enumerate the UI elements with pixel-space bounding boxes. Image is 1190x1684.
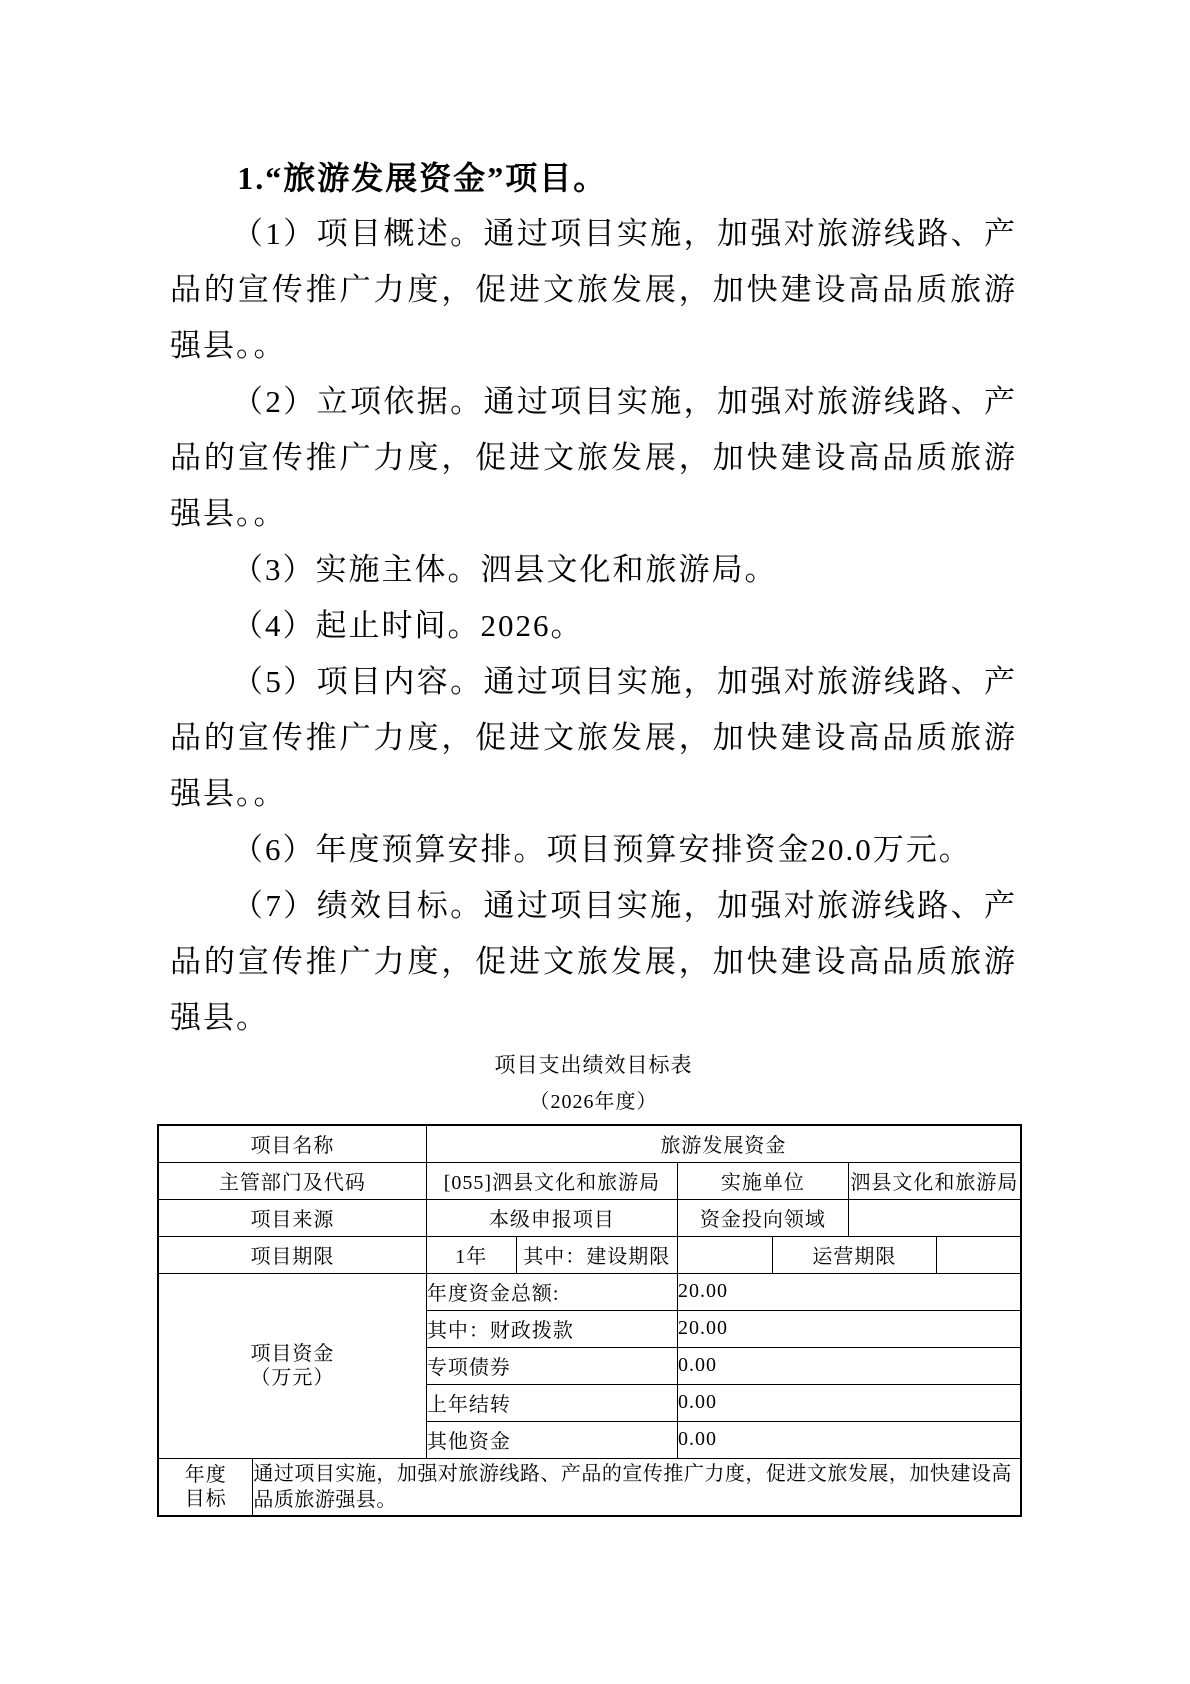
row-department: 主管部门及代码 [055]泗县文化和旅游局 实施单位 泗县文化和旅游局 [158,1162,1021,1199]
annual-goal-label-line2: 目标 [185,1488,227,1510]
document-content: 1.“旅游发展资金”项目。 （1）项目概述。通过项目实施，加强对旅游线路、产品的… [0,0,1190,1517]
section-heading: 1.“旅游发展资金”项目。 [170,150,1017,206]
row-project-period: 项目期限 1年 其中：建设期限 运营期限 [158,1236,1021,1273]
row-project-name: 项目名称 旅游发展资金 [158,1125,1021,1162]
fund-item-name: 其他资金 [426,1421,677,1458]
row-annual-goal: 年度 目标 通过项目实施，加强对旅游线路、产品的宣传推广力度，促进文旅发展，加快… [158,1458,1021,1516]
fund-item-value: 0.00 [678,1347,1022,1384]
impl-unit-value: 泗县文化和旅游局 [848,1162,1021,1199]
department-value: [055]泗县文化和旅游局 [426,1162,677,1199]
paragraph-implementing-body: （3）实施主体。泗县文化和旅游局。 [170,542,1017,598]
paragraph-project-overview: （1）项目概述。通过项目实施，加强对旅游线路、产品的宣传推广力度，促进文旅发展，… [170,206,1017,374]
annual-goal-value: 通过项目实施，加强对旅游线路、产品的宣传推广力度，促进文旅发展，加快建设高品质旅… [253,1458,1021,1516]
annual-goal-label-line1: 年度 [185,1464,227,1486]
fund-item-value: 0.00 [678,1421,1022,1458]
invest-field-label: 资金投向领域 [678,1199,849,1236]
fund-item-value: 20.00 [678,1310,1022,1347]
fund-item-name: 上年结转 [426,1384,677,1421]
fund-label: 项目资金 （万元） [158,1273,426,1458]
row-project-source: 项目来源 本级申报项目 资金投向领域 [158,1199,1021,1236]
build-period-label: 其中：建设期限 [516,1236,677,1273]
performance-target-table: 项目名称 旅游发展资金 主管部门及代码 [055]泗县文化和旅游局 实施单位 泗… [157,1124,1022,1517]
build-period-value [678,1236,773,1273]
fund-item-value: 0.00 [678,1384,1022,1421]
row-fund-total: 项目资金 （万元） 年度资金总额: 20.00 [158,1273,1021,1310]
fund-item-name: 年度资金总额: [426,1273,677,1310]
paragraph-project-content: （5）项目内容。通过项目实施，加强对旅游线路、产品的宣传推广力度，促进文旅发展，… [170,654,1017,822]
fund-item-name: 专项债券 [426,1347,677,1384]
paragraph-time-range: （4）起止时间。2026。 [170,598,1017,654]
fund-item-value: 20.00 [678,1273,1022,1310]
source-label: 项目来源 [158,1199,426,1236]
invest-field-value [848,1199,1021,1236]
impl-unit-label: 实施单位 [678,1162,849,1199]
department-label: 主管部门及代码 [158,1162,426,1199]
table-subtitle: （2026年度） [170,1084,1017,1120]
fund-label-line2: （万元） [250,1367,334,1389]
oper-period-value [936,1236,1021,1273]
fund-label-line1: 项目资金 [250,1343,334,1365]
project-name-value: 旅游发展资金 [426,1125,1021,1162]
paragraph-annual-budget: （6）年度预算安排。项目预算安排资金20.0万元。 [170,822,1017,878]
annual-goal-label: 年度 目标 [158,1458,253,1516]
period-label: 项目期限 [158,1236,426,1273]
fund-item-name: 其中：财政拨款 [426,1310,677,1347]
period-value: 1年 [426,1236,516,1273]
source-value: 本级申报项目 [426,1199,677,1236]
table-title: 项目支出绩效目标表 [170,1046,1017,1084]
paragraph-project-basis: （2）立项依据。通过项目实施，加强对旅游线路、产品的宣传推广力度，促进文旅发展，… [170,374,1017,542]
oper-period-label: 运营期限 [772,1236,936,1273]
paragraph-performance-goal: （7）绩效目标。通过项目实施，加强对旅游线路、产品的宣传推广力度，促进文旅发展，… [170,878,1017,1046]
document-page: 1.“旅游发展资金”项目。 （1）项目概述。通过项目实施，加强对旅游线路、产品的… [0,0,1190,1684]
project-name-label: 项目名称 [158,1125,426,1162]
